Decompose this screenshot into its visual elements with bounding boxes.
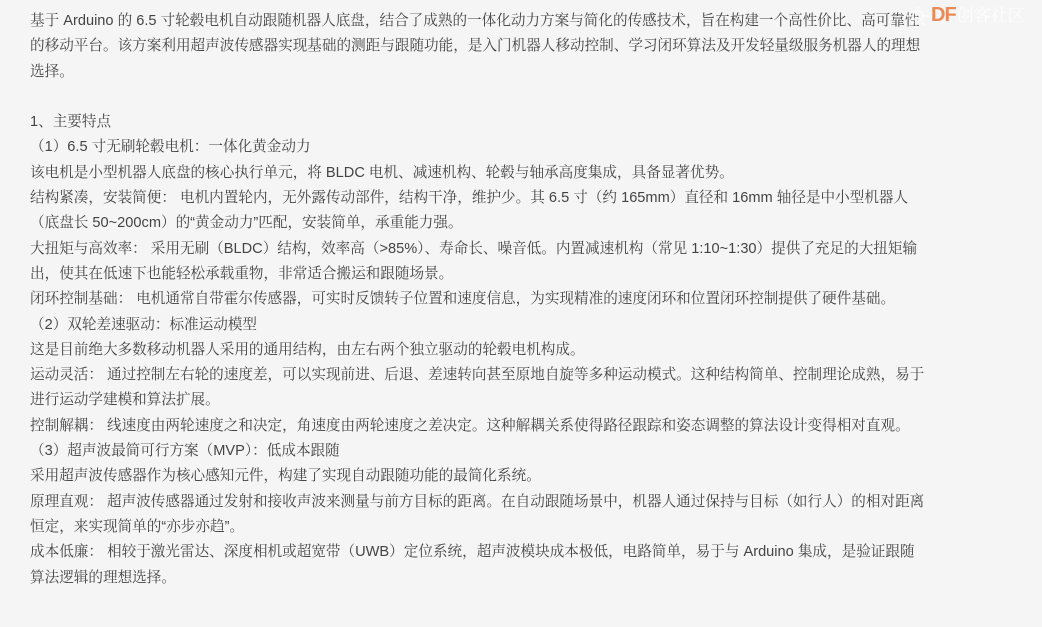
feature-point-low-cost: 成本低廉： 相较于激光雷达、深度相机或超宽带（UWB）定位系统，超声波模块成本极… [30,540,1020,591]
feature-differential-drive: （2）双轮差速驱动：标准运动模型 这是目前绝大多数移动机器人采用的通用结构，由左… [30,313,1020,439]
point-line: 成本低廉： 相较于激光雷达、深度相机或超宽带（UWB）定位系统，超声波模块成本极… [30,540,1020,565]
point-line: 进行运动学建模和算法扩展。 [30,388,1020,413]
point-line: 大扭矩与高效率： 采用无刷（BLDC）结构，效率高（>85%）、寿命长、噪音低。… [30,237,1020,262]
intro-paragraph: 基于 Arduino 的 6.5 寸轮毂电机自动跟随机器人底盘，结合了成熟的一体… [30,9,1020,85]
section-title: 1、主要特点 [30,110,1020,135]
feature-summary: 该电机是小型机器人底盘的核心执行单元，将 BLDC 电机、减速机构、轮毂与轴承高… [30,161,1020,186]
feature-heading: （3）超声波最简可行方案（MVP）：低成本跟随 [30,439,1020,464]
article-page: 基于 Arduino 的 6.5 寸轮毂电机自动跟随机器人底盘，结合了成熟的一体… [0,0,1042,627]
point-line: 控制解耦： 线速度由两轮速度之和决定，角速度由两轮速度之差决定。这种解耦关系使得… [30,414,1020,439]
point-line: 恒定，来实现简单的“亦步亦趋”。 [30,515,1020,540]
point-line: 闭环控制基础： 电机通常自带霍尔传感器，可实时反馈转子位置和速度信息，为实现精准… [30,287,1020,312]
feature-point-flexible-motion: 运动灵活： 通过控制左右轮的速度差，可以实现前进、后退、差速转向甚至原地自旋等多… [30,363,1020,414]
feature-heading: （2）双轮差速驱动：标准运动模型 [30,313,1020,338]
feature-ultrasonic-mvp: （3）超声波最简可行方案（MVP）：低成本跟随 采用超声波传感器作为核心感知元件… [30,439,1020,591]
feature-point-principle: 原理直观： 超声波传感器通过发射和接收声波来测量与前方目标的距离。在自动跟随场景… [30,490,1020,541]
feature-summary: 这是目前绝大多数移动机器人采用的通用结构，由左右两个独立驱动的轮毂电机构成。 [30,338,1020,363]
point-line: 运动灵活： 通过控制左右轮的速度差，可以实现前进、后退、差速转向甚至原地自旋等多… [30,363,1020,388]
intro-line: 选择。 [30,60,1020,85]
article-body: 基于 Arduino 的 6.5 寸轮毂电机自动跟随机器人底盘，结合了成熟的一体… [30,9,1020,591]
feature-point-torque: 大扭矩与高效率： 采用无刷（BLDC）结构，效率高（>85%）、寿命长、噪音低。… [30,237,1020,288]
feature-point-closed-loop: 闭环控制基础： 电机通常自带霍尔传感器，可实时反馈转子位置和速度信息，为实现精准… [30,287,1020,312]
intro-line: 基于 Arduino 的 6.5 寸轮毂电机自动跟随机器人底盘，结合了成熟的一体… [30,9,1020,34]
point-line: 出，使其在低速下也能轻松承载重物，非常适合搬运和跟随场景。 [30,262,1020,287]
point-line: （底盘长 50~200cm）的“黄金动力”匹配，安装简单，承重能力强。 [30,211,1020,236]
intro-line: 的移动平台。该方案利用超声波传感器实现基础的测距与跟随功能，是入门机器人移动控制… [30,34,1020,59]
feature-heading: （1）6.5 寸无刷轮毂电机：一体化黄金动力 [30,135,1020,160]
feature-point-compact: 结构紧凑，安装简便： 电机内置轮内，无外露传动部件，结构干净，维护少。其 6.5… [30,186,1020,237]
point-line: 结构紧凑，安装简便： 电机内置轮内，无外露传动部件，结构干净，维护少。其 6.5… [30,186,1020,211]
spacer [30,85,1020,110]
feature-hub-motor: （1）6.5 寸无刷轮毂电机：一体化黄金动力 该电机是小型机器人底盘的核心执行单… [30,135,1020,312]
point-line: 算法逻辑的理想选择。 [30,566,1020,591]
feature-summary: 采用超声波传感器作为核心感知元件，构建了实现自动跟随功能的最简化系统。 [30,464,1020,489]
point-line: 原理直观： 超声波传感器通过发射和接收声波来测量与前方目标的距离。在自动跟随场景… [30,490,1020,515]
feature-point-decoupling: 控制解耦： 线速度由两轮速度之和决定，角速度由两轮速度之差决定。这种解耦关系使得… [30,414,1020,439]
